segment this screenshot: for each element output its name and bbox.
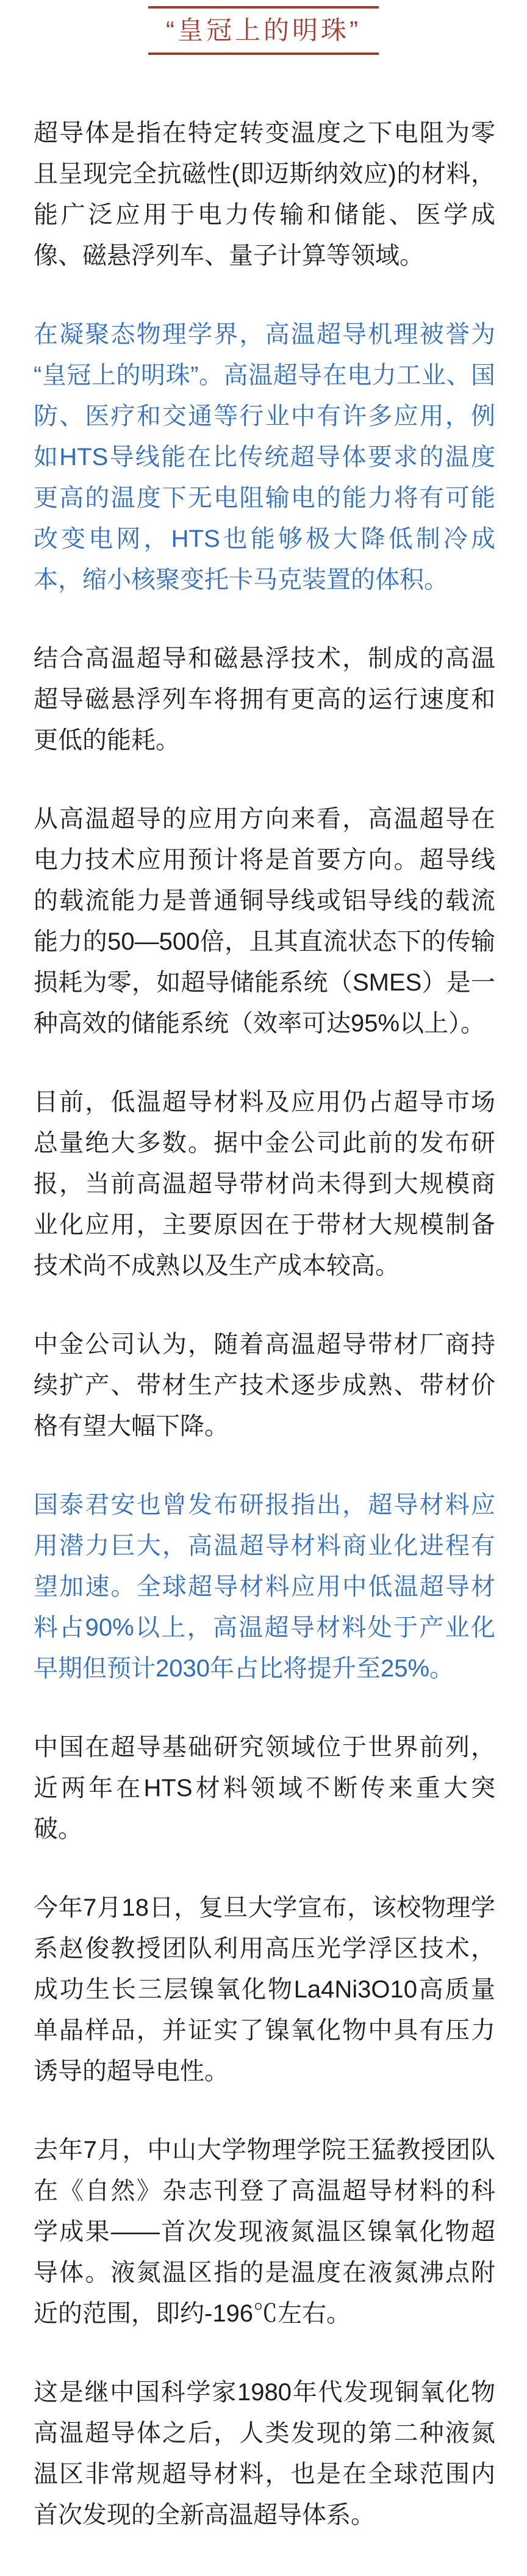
article-paragraph: 从高温超导的应用方向来看，高温超导在电力技术应用预计将是首要方向。超导线的载流能… [34, 799, 495, 1044]
article-paragraph: 中国在超导基础研究领域位于世界前列，近两年在HTS材料领域不断传来重大突破。 [34, 1727, 495, 1850]
article-paragraph: 目前，低温超导材料及应用仍占超导市场总量绝大多数。据中金公司此前的发布研报，当前… [34, 1082, 495, 1286]
page-title: “皇冠上的明珠” [148, 16, 379, 45]
article-paragraph: 这是继中国科学家1980年代发现铜氧化物高温超导体之后，人类发现的第二种液氮温区… [34, 2372, 495, 2536]
article-paragraph-highlighted: 在凝聚态物理学界，高温超导机理被誉为“皇冠上的明珠”。高温超导在电力工业、国防、… [34, 314, 495, 601]
section-title-block: “皇冠上的明珠” [148, 0, 379, 55]
article-page: “皇冠上的明珠” 超导体是指在特定转变温度之下电阻为零且呈现完全抗磁性(即迈斯纳… [0, 0, 527, 2576]
article-paragraph-highlighted: 国泰君安也曾发布研报指出，超导材料应用潜力巨大，高温超导材料商业化进程有望加速。… [34, 1485, 495, 1689]
article-paragraph: 中金公司认为，随着高温超导带材厂商持续扩产、带材生产技术逐步成熟、带材价格有望大… [34, 1324, 495, 1447]
article-paragraph: 超导体是指在特定转变温度之下电阻为零且呈现完全抗磁性(即迈斯纳效应)的材料，能广… [34, 113, 495, 276]
article-paragraph: 结合高温超导和磁悬浮技术，制成的高温超导磁悬浮列车将拥有更高的运行速度和更低的能… [34, 638, 495, 761]
article-body: 超导体是指在特定转变温度之下电阻为零且呈现完全抗磁性(即迈斯纳效应)的材料，能广… [0, 55, 527, 2576]
article-paragraph: 今年7月18日，复旦大学宣布，该校物理学系赵俊教授团队利用高压光学浮区技术，成功… [34, 1888, 495, 2092]
title-rule-top [148, 6, 379, 9]
article-paragraph: 去年7月，中山大学物理学院王猛教授团队在《自然》杂志刊登了高温超导材料的科学成果… [34, 2130, 495, 2334]
